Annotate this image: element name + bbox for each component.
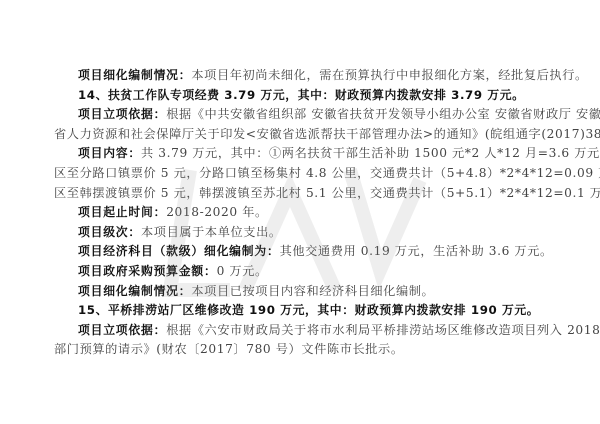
field-value: 区至分路口镇票价 5 元，分路口镇至杨集村 4.8 公里，交通费共计（5+4.8… (54, 166, 600, 180)
level-line: 项目级次：本项目属于本单位支出。 (54, 223, 546, 243)
field-label: 项目起止时间： (78, 205, 166, 219)
period-line: 项目起止时间：2018-2020 年。 (54, 203, 546, 223)
field-value: 根据《中共安徽省组织部 安徽省扶贫开发领导小组办公室 安徽省财政厅 安徽 (166, 107, 600, 121)
field-label: 项目政府采购预算金额： (78, 264, 217, 278)
field-label: 项目立项依据： (78, 107, 166, 121)
field-label: 项目细化编制情况： (78, 284, 191, 298)
field-value: 本项目已按项目内容和经济科目细化编制。 (191, 284, 434, 298)
section-heading-14: 14、扶贫工作队专项经费 3.79 万元，其中：财政预算内拨款安排 3.79 万… (54, 86, 546, 106)
field-label: 项目级次： (78, 225, 141, 239)
field-value: 根据《六安市财政局关于将市水利局平桥排涝站场区维修改造项目列入 2018 年 (166, 323, 600, 337)
procurement-line: 项目政府采购预算金额：0 万元。 (54, 262, 546, 282)
basis-line-2: 项目立项依据：根据《六安市财政局关于将市水利局平桥排涝站场区维修改造项目列入 2… (54, 321, 546, 341)
content-line-continued-1: 区至分路口镇票价 5 元，分路口镇至杨集村 4.8 公里，交通费共计（5+4.8… (54, 164, 546, 184)
detail-status-line-2: 项目细化编制情况：本项目已按项目内容和经济科目细化编制。 (54, 282, 546, 302)
field-value: 其他交通费用 0.19 万元，生活补助 3.6 万元。 (280, 244, 553, 258)
detail-status-line: 项目细化编制情况：本项目年初尚未细化，需在预算执行中申报细化方案，经批复后执行。 (54, 66, 546, 86)
field-label: 项目细化编制情况： (78, 68, 191, 82)
content-line: 项目内容：共 3.79 万元，其中：①两名扶贫干部生活补助 1500 元*2 人… (54, 144, 546, 164)
content-line-continued-2: 区至韩摆渡镇票价 5 元，韩摆渡镇至苏北村 5.1 公里，交通费共计（5+5.1… (54, 184, 546, 204)
basis-line: 项目立项依据：根据《中共安徽省组织部 安徽省扶贫开发领导小组办公室 安徽省财政厅… (54, 105, 546, 125)
basis-line-continued: 省人力资源和社会保障厅关于印发<安徽省选派帮扶干部管理办法>的通知》(皖组通字(… (54, 125, 546, 145)
field-value: 省人力资源和社会保障厅关于印发<安徽省选派帮扶干部管理办法>的通知》(皖组通字(… (54, 127, 600, 141)
field-value: 部门预算的请示》(财农〔2017〕780 号）文件陈市长批示。 (54, 342, 404, 356)
section-title: 14、扶贫工作队专项经费 3.79 万元，其中：财政预算内拨款安排 3.79 万… (78, 88, 525, 102)
field-label: 项目立项依据： (78, 323, 166, 337)
field-value: 本项目属于本单位支出。 (141, 225, 282, 239)
section-heading-15: 15、平桥排涝站厂区维修改造 190 万元，其中：财政预算内拨款安排 190 万… (54, 301, 546, 321)
field-value: 本项目年初尚未细化，需在预算执行中申报细化方案，经批复后执行。 (191, 68, 587, 82)
field-value: 共 3.79 万元，其中：①两名扶贫干部生活补助 1500 元*2 人*12 月… (141, 146, 600, 160)
field-value: 区至韩摆渡镇票价 5 元，韩摆渡镇至苏北村 5.1 公里，交通费共计（5+5.1… (54, 186, 600, 200)
section-title: 15、平桥排涝站厂区维修改造 190 万元，其中：财政预算内拨款安排 190 万… (78, 303, 539, 317)
economic-category-line: 项目经济科目（款级）细化编制为：其他交通费用 0.19 万元，生活补助 3.6 … (54, 242, 546, 262)
field-value: 2018-2020 年。 (166, 205, 268, 219)
field-value: 0 万元。 (217, 264, 268, 278)
document-page: 项目细化编制情况：本项目年初尚未细化，需在预算执行中申报细化方案，经批复后执行。… (54, 66, 546, 360)
field-label: 项目经济科目（款级）细化编制为： (78, 244, 280, 258)
field-label: 项目内容： (78, 146, 141, 160)
basis-line-2-continued: 部门预算的请示》(财农〔2017〕780 号）文件陈市长批示。 (54, 340, 546, 360)
